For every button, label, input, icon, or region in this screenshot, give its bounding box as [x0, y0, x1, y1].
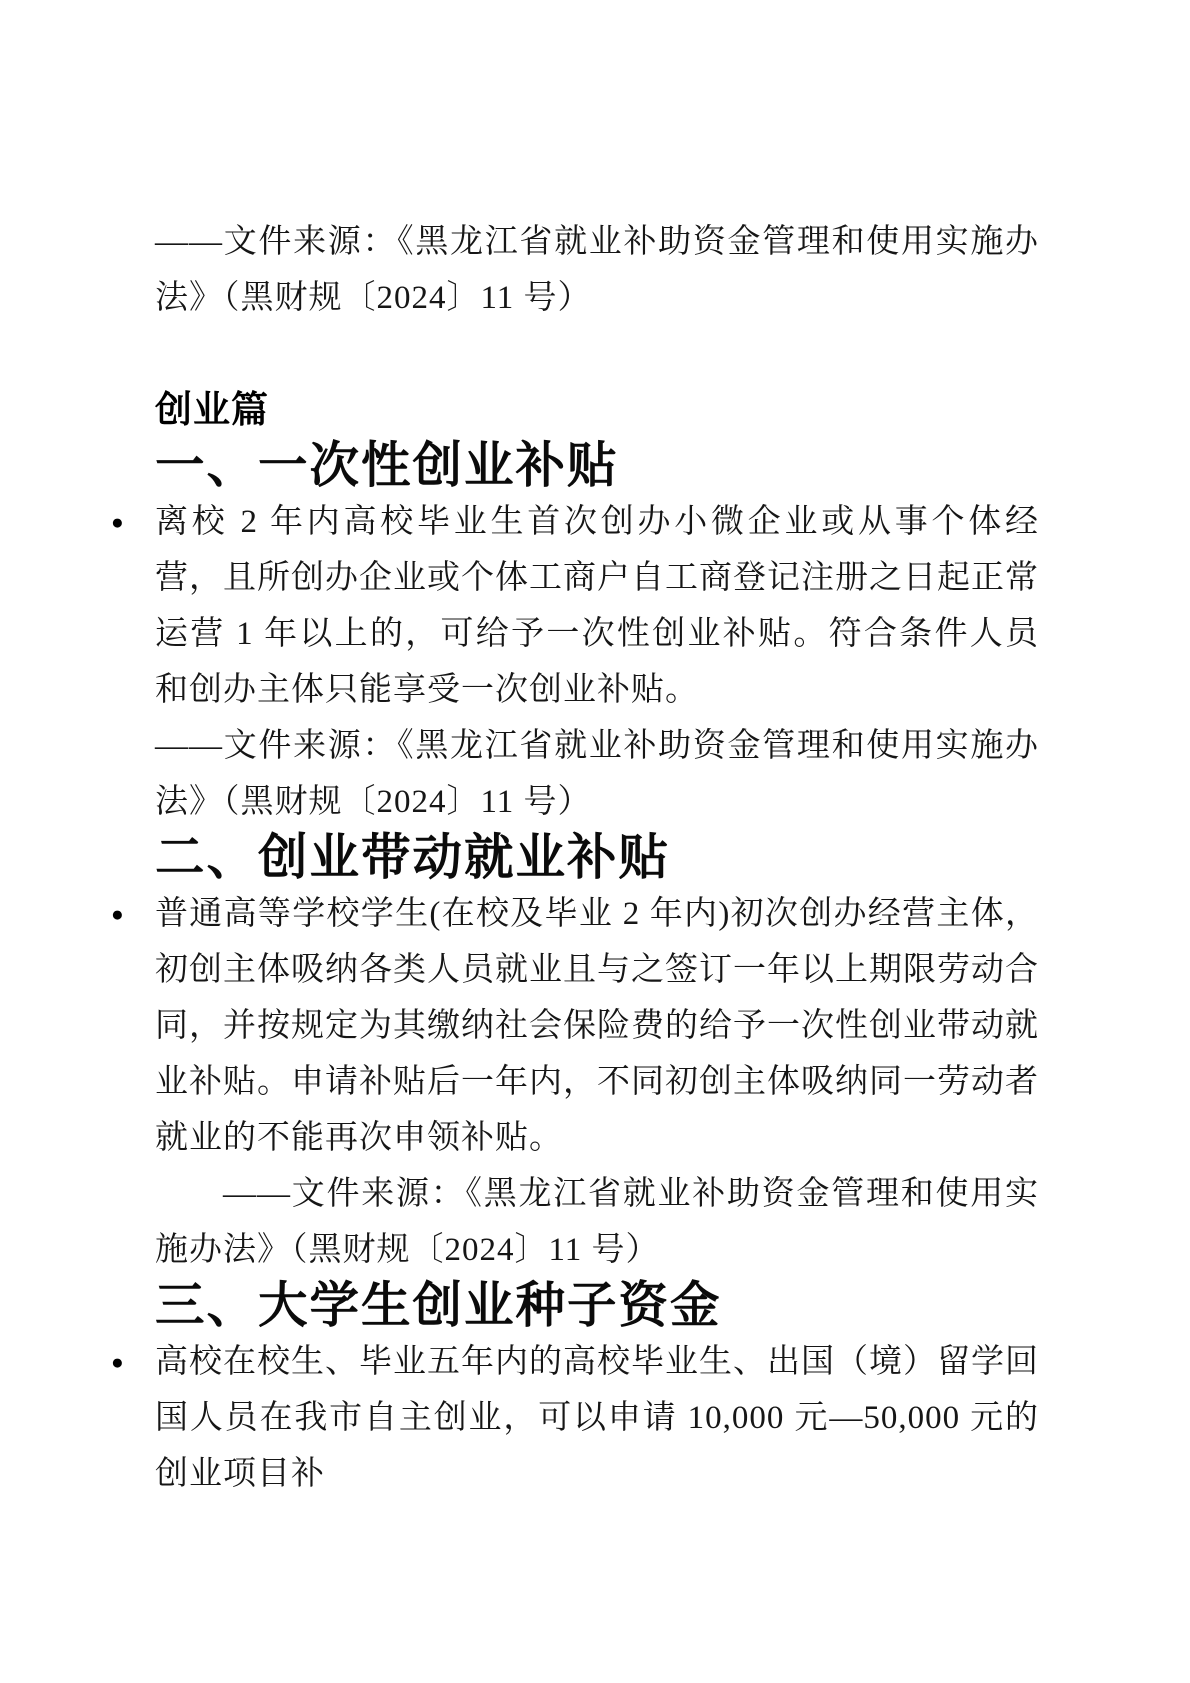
- list-item: ● 普通高等学校学生(在校及毕业 2 年内)初次创办经营主体，初创主体吸纳各类人…: [155, 886, 1039, 1166]
- document-content: ——文件来源：《黑龙江省就业补助资金管理和使用实施办法》（黑财规〔2024〕11…: [155, 214, 1039, 1502]
- item-3-body: 高校在校生、毕业五年内的高校毕业生、出国（境）留学回国人员在我市自主创业，可以申…: [155, 1334, 1039, 1502]
- list-item: ● 高校在校生、毕业五年内的高校毕业生、出国（境）留学回国人员在我市自主创业，可…: [155, 1334, 1039, 1502]
- list-item: ● 离校 2 年内高校毕业生首次创办小微企业或从事个体经营，且所创办企业或个体工…: [155, 494, 1039, 718]
- section-title: 创业篇: [155, 382, 1039, 438]
- item-2-body: 普通高等学校学生(在校及毕业 2 年内)初次创办经营主体，初创主体吸纳各类人员就…: [155, 886, 1039, 1166]
- bullet-icon: ●: [111, 1334, 141, 1390]
- item-2-citation: ——文件来源：《黑龙江省就业补助资金管理和使用实施办法》（黑财规〔2024〕11…: [155, 1166, 1039, 1278]
- item-3-heading: 三、大学生创业种子资金: [155, 1278, 1039, 1334]
- intro-source-citation: ——文件来源：《黑龙江省就业补助资金管理和使用实施办法》（黑财规〔2024〕11…: [155, 214, 1039, 326]
- item-1-heading: 一、一次性创业补贴: [155, 438, 1039, 494]
- item-2-heading: 二、创业带动就业补贴: [155, 830, 1039, 886]
- blank-line: [155, 326, 1039, 382]
- bullet-icon: ●: [111, 494, 141, 550]
- item-1-citation: ——文件来源：《黑龙江省就业补助资金管理和使用实施办法》（黑财规〔2024〕11…: [155, 718, 1039, 830]
- item-1-body: 离校 2 年内高校毕业生首次创办小微企业或从事个体经营，且所创办企业或个体工商户…: [155, 494, 1039, 718]
- document-page: ——文件来源：《黑龙江省就业补助资金管理和使用实施办法》（黑财规〔2024〕11…: [0, 0, 1190, 1683]
- bullet-icon: ●: [111, 886, 141, 942]
